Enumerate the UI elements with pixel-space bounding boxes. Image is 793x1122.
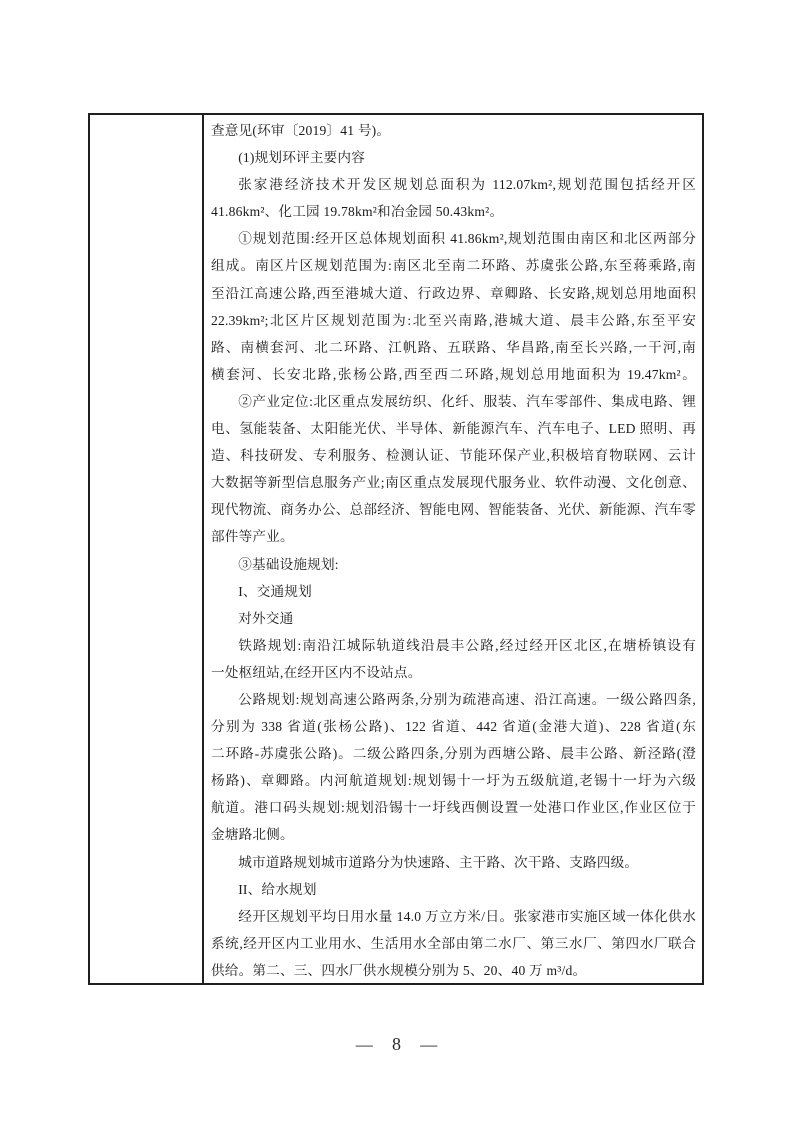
text-line: 系统,经开区内工业用水、生活用水全部由第二水厂、第三水厂、第四水厂联合 <box>211 930 696 957</box>
text-line: 杨路)、章卿路。内河航道规划:规划锡十一圩为五级航道,老锡十一圩为六级 <box>211 767 696 794</box>
text-line: 分别为 338 省道(张杨公路)、122 省道、442 省道(金港大道)、228… <box>211 713 696 740</box>
table-left-cell <box>90 115 204 983</box>
text-line: 经开区规划平均日用水量 14.0 万立方米/日。张家港市实施区域一体化供水 <box>211 903 696 930</box>
table-content-cell: 查意见(环审〔2019〕41 号)。 (1)规划环评主要内容 张家港经济技术开发… <box>204 115 702 983</box>
text-line: 22.39km²;北区片区规划范围为:北至兴南路,港城大道、晨丰公路,东至平安 <box>211 307 696 334</box>
text-line: 横套河、长安北路,张杨公路,西至西二环路,规划总用地面积为 19.47km²。 <box>211 361 696 388</box>
text-line: 二环路-苏虞张公路)。二级公路四条,分别为西塘公路、晨丰公路、新泾路(澄 <box>211 740 696 767</box>
text-line: 大数据等新型信息服务产业;南区重点发展现代服务业、软件动漫、文化创意、 <box>211 469 696 496</box>
text-line: 航道。港口码头规划:规划沿锡十一圩线西侧设置一处港口作业区,作业区位于 <box>211 794 696 821</box>
footer-left-dash: — <box>356 1035 373 1054</box>
text-line: 造、科技研发、专利服务、检测认证、节能环保产业,积极培育物联网、云计算、 <box>211 442 696 469</box>
page-footer: — 8 — <box>0 1034 793 1055</box>
text-line: 公路规划:规划高速公路两条,分别为疏港高速、沿江高速。一级公路四条, <box>211 686 696 713</box>
text-line: ②产业定位:北区重点发展纺织、化纤、服装、汽车零部件、集成电路、锂 <box>211 388 696 415</box>
text-line: ③基础设施规划: <box>211 551 696 578</box>
content-table: 查意见(环审〔2019〕41 号)。 (1)规划环评主要内容 张家港经济技术开发… <box>88 113 704 985</box>
text-line: 部件等产业。 <box>211 523 696 550</box>
text-line: 对外交通 <box>211 605 696 632</box>
text-line: 41.86km²、化工园 19.78km²和冶金园 50.43km²。 <box>211 198 696 225</box>
text-line: 查意见(环审〔2019〕41 号)。 <box>211 117 696 144</box>
text-line: 路、南横套河、北二环路、江帆路、五联路、华昌路,南至长兴路,一干河,南 <box>211 334 696 361</box>
text-line: I、交通规划 <box>211 578 696 605</box>
text-line: 供给。第二、三、四水厂供水规模分别为 5、20、40 万 m³/d。 <box>211 957 696 983</box>
text-line: ①规划范围:经开区总体规划面积 41.86km²,规划范围由南区和北区两部分 <box>211 225 696 252</box>
text-line: 铁路规划:南沿江城际轨道线沿晨丰公路,经过经开区北区,在塘桥镇设有 <box>211 632 696 659</box>
text-line: 张家港经济技术开发区规划总面积为 112.07km²,规划范围包括经开区 <box>211 171 696 198</box>
text-line: 至沿江高速公路,西至港城大道、行政边界、章卿路、长安路,规划总用地面积 <box>211 280 696 307</box>
text-line: 金塘路北侧。 <box>211 821 696 848</box>
text-line: 现代物流、商务办公、总部经济、智能电网、智能装备、光伏、新能源、汽车零 <box>211 496 696 523</box>
text-line: 组成。南区片区规划范围为:南区北至南二环路、苏虞张公路,东至蒋乘路,南 <box>211 252 696 279</box>
page-number: 8 <box>392 1034 401 1054</box>
text-line: 城市道路规划城市道路分为快速路、主干路、次干路、支路四级。 <box>211 849 696 876</box>
text-line: (1)规划环评主要内容 <box>211 144 696 171</box>
footer-right-dash: — <box>420 1035 437 1054</box>
text-line: II、给水规划 <box>211 876 696 903</box>
text-line: 一处枢纽站,在经开区内不设站点。 <box>211 659 696 686</box>
text-line: 电、氢能装备、太阳能光伏、半导体、新能源汽车、汽车电子、LED 照明、再制 <box>211 415 696 442</box>
